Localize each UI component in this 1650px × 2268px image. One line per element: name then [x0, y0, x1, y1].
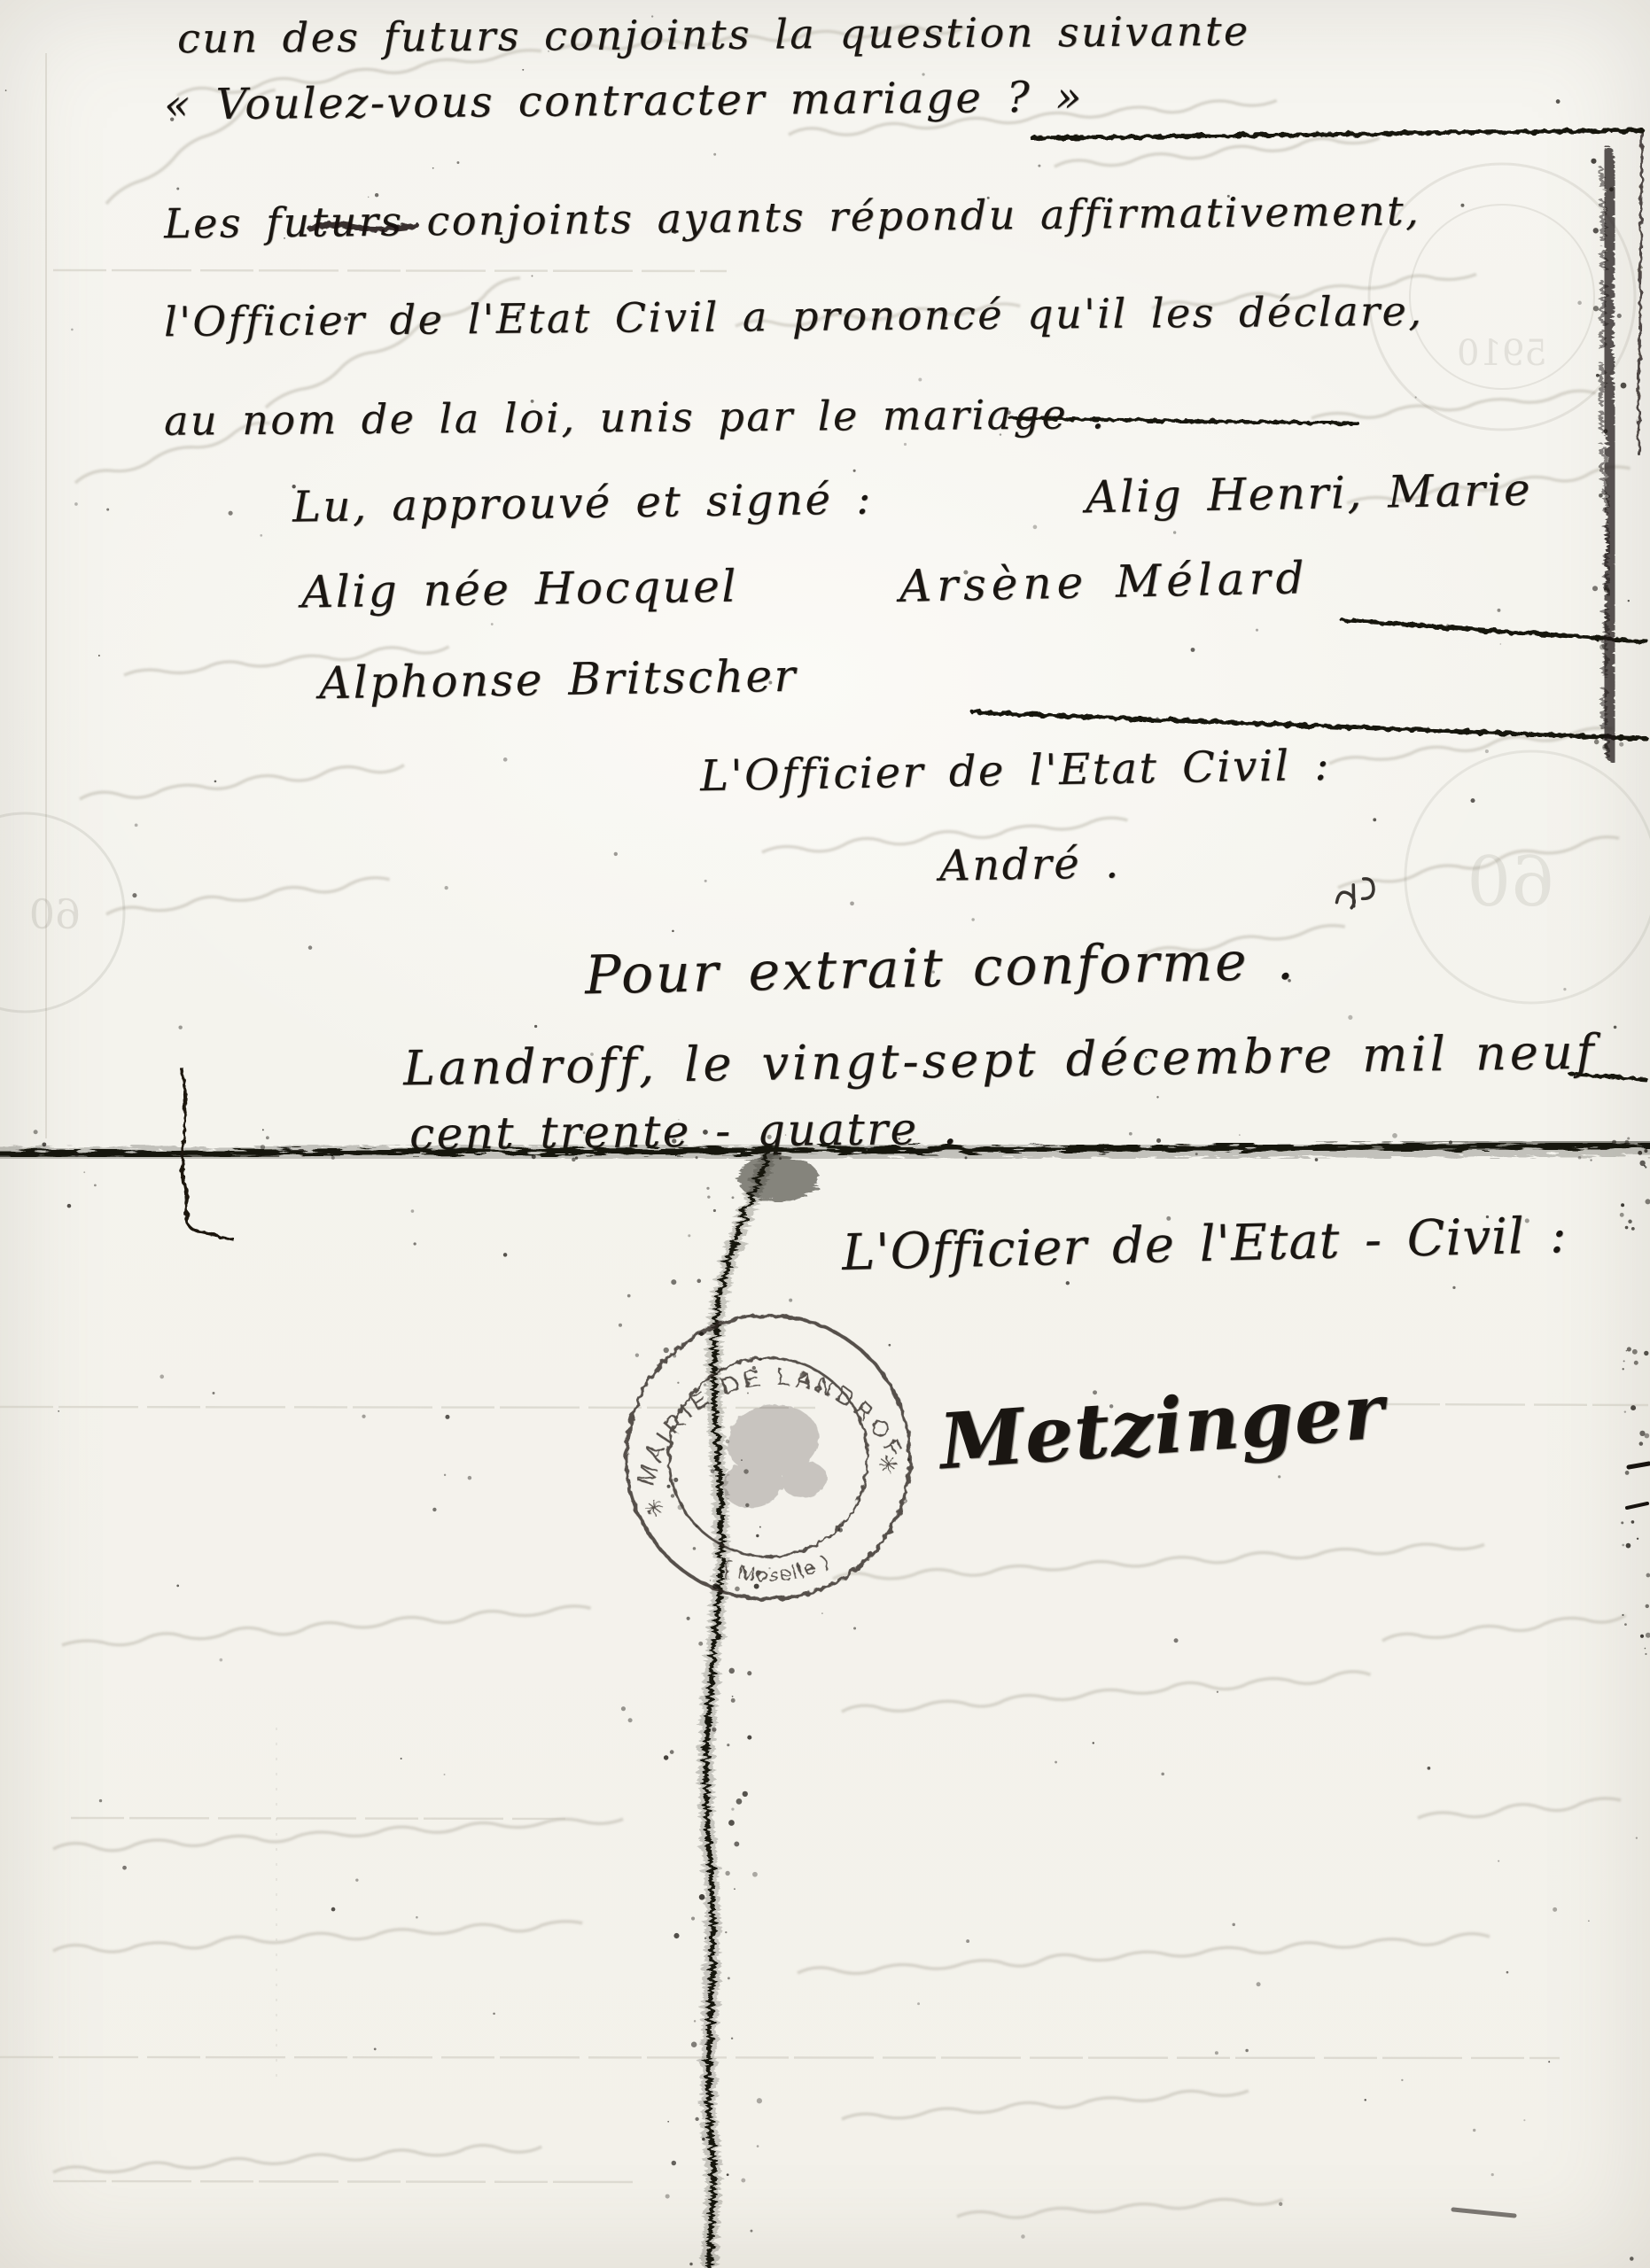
stamp-arc-text-bottom: ( Moselle ): [718, 1542, 837, 1595]
right-edge-streak: [1600, 152, 1613, 762]
stamp-star-right: ✳: [877, 1451, 900, 1480]
ink-correction-scribble: [310, 224, 416, 229]
page-corner-line: [1638, 130, 1642, 454]
svg-text:( Moselle ): ( Moselle ): [718, 1542, 837, 1595]
damage-and-stamp-layer: MAIRIE DE LANDROFF ( Moselle ) ✳ ✳: [0, 0, 1650, 2268]
registry-scribble-mark: [1333, 876, 1378, 912]
stamp-center-emblem: [712, 1399, 829, 1511]
fill-lines: [310, 130, 1646, 1080]
fold-crease: [0, 1143, 1650, 1201]
stamp-star-left: ✳: [643, 1495, 666, 1524]
mairie-stamp: MAIRIE DE LANDROFF ( Moselle ) ✳ ✳: [608, 1297, 928, 1617]
scanned-document-page: 5910 60 60 cun des futurs conjoints la q…: [0, 0, 1650, 2268]
